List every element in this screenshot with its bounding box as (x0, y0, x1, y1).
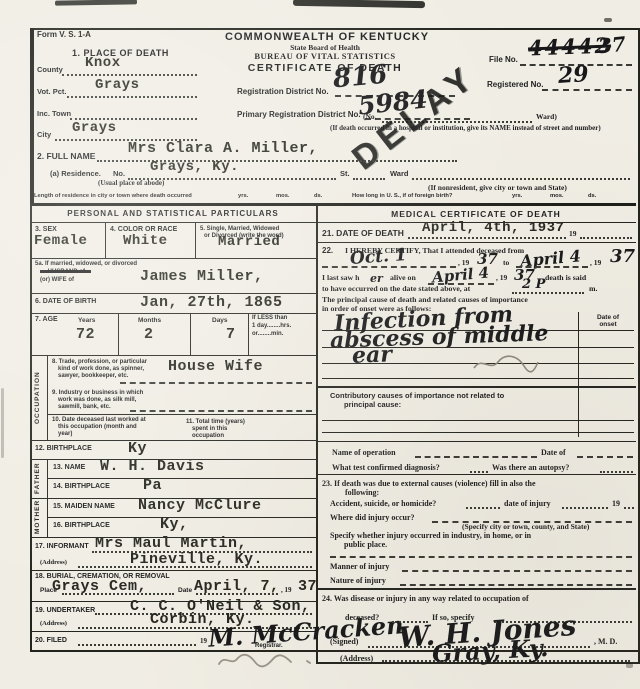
informant-label: 17. INFORMANT (35, 543, 89, 550)
last-saw-text-3: death is said (545, 273, 586, 282)
trade-label-2: kind of work done, as spinner, (58, 366, 144, 372)
abode-note: (Usual place of abode) (98, 179, 164, 187)
accident-line (466, 507, 500, 509)
operation-date-line (577, 456, 633, 458)
contrib-rule (322, 432, 634, 433)
dob-label: 6. DATE OF BIRTH (35, 298, 96, 305)
burial-pre19: , 19 (281, 586, 292, 594)
less-than-label-2: 1 day........hrs. (252, 323, 291, 329)
injury-date-label: date of injury (504, 499, 551, 508)
row-line (47, 478, 316, 479)
injury-date-line (562, 507, 608, 509)
heavy-rule (316, 588, 636, 590)
age-days-value: 7 (226, 326, 236, 343)
to-year-hw: 37 (610, 246, 635, 267)
filed-pre19: 19 (200, 637, 207, 645)
father-name-value: W. H. Davis (100, 458, 205, 475)
nature-label: Nature of injury (330, 576, 386, 585)
operation-line (415, 456, 537, 458)
occupation-vertical-label: OCCUPATION (34, 360, 41, 436)
medical-section-header: MEDICAL CERTIFICATE OF DEATH (316, 209, 636, 219)
row-line (316, 474, 636, 475)
industry-label-2: work was done, as silk mill, (58, 397, 136, 403)
test-line (470, 471, 488, 473)
ds-label: ds. (314, 193, 322, 199)
vot-pct-label: Vot. Pct. (37, 87, 66, 96)
row-line (30, 355, 316, 356)
certificate-title: CERTIFICATE OF DEATH (225, 62, 425, 74)
personal-section-header: PERSONAL AND STATISTICAL PARTICULARS (30, 209, 316, 218)
inc-town-label: Inc. Town (37, 109, 71, 118)
dod-pre19: 19 (569, 229, 577, 238)
address-label: (Address) (340, 654, 373, 663)
burial-date-label: Date (178, 587, 192, 594)
specify-label-2: public place. (344, 540, 387, 549)
county-line (62, 74, 197, 76)
item-22-number: 22. (322, 246, 333, 255)
industry-label-1: 9. Industry or business in which (52, 390, 143, 396)
to-word: to (503, 258, 509, 267)
industry-label-3: sawmill, bank, etc. (58, 404, 111, 410)
to-pre19: , 19 (590, 258, 601, 267)
corner-mark (626, 663, 633, 668)
city-label: City (37, 130, 51, 139)
mother-maiden-label: 15. MAIDEN NAME (53, 503, 115, 510)
faint-scribble (470, 352, 540, 376)
registered-no-line (542, 89, 632, 91)
nature-line (400, 584, 632, 586)
manner-line (402, 570, 632, 572)
mother-birthplace-label: 16. BIRTHPLACE (53, 522, 110, 529)
cause-bottom-rule (316, 386, 636, 388)
cause-rule (322, 378, 634, 379)
age-divider (190, 313, 191, 355)
dod-line2 (580, 237, 632, 239)
occupation-bar (47, 355, 48, 440)
less-than-label-1: If LESS than (252, 315, 287, 321)
date-of-onset-label-1: Date of (582, 314, 634, 321)
specify-label-1: Specify whether injury occurred in indus… (330, 531, 531, 540)
age-years-header: Years (78, 317, 95, 324)
commonwealth-title: COMMONWEALTH OF KENTUCKY (225, 31, 425, 43)
informant-value: Mrs Maul Martin, (95, 535, 247, 552)
vot-pct-line (67, 96, 197, 98)
accident-label: Accident, suicide, or homicide? (330, 499, 436, 508)
filed-line (78, 644, 196, 646)
dob-value: Jan, 27th, 1865 (140, 294, 283, 311)
marital-value: Married (218, 234, 280, 250)
blank-line (330, 556, 632, 558)
bureau-subtitle: BUREAU OF VITAL STATISTICS (225, 51, 425, 61)
residence-label: (a) Residence. (50, 169, 101, 178)
left-edge-bar (30, 28, 34, 206)
operation-label: Name of operation (332, 448, 396, 457)
item-23-label-1: 23. If death was due to external causes … (322, 479, 536, 488)
where-injury-label: Where did injury occur? (330, 513, 415, 522)
yrs2-label: yrs. (512, 193, 522, 199)
contrib-bottom-rule (316, 441, 636, 442)
mother-vertical-label: MOTHER (34, 500, 41, 534)
last-saw-pre19: , 19 (496, 273, 507, 282)
physician-address-hw: Gray, Ky. (431, 633, 549, 668)
date-of-death-label: 21. DATE OF DEATH (322, 228, 404, 238)
scan-streak (55, 0, 137, 6)
registered-no-value: 29 (557, 61, 589, 89)
last-worked-label-2: this occupation (month and (58, 424, 137, 430)
race-value: White (123, 233, 168, 249)
street-label: St. (340, 169, 350, 178)
trade-label-1: 8. Trade, profession, or particular (52, 359, 147, 365)
dod-line (408, 237, 566, 239)
ds2-label: ds. (588, 193, 596, 199)
cell-divider (195, 222, 196, 258)
age-years-value: 72 (76, 326, 95, 343)
manner-label: Manner of injury (330, 562, 389, 571)
md-label: , M. D. (594, 637, 617, 646)
last-saw-text-1: I last saw h (322, 273, 359, 282)
marital-label-1: 5. Single, Married, Widowed (200, 226, 279, 232)
street-line (353, 178, 385, 180)
full-name-label: 2. FULL NAME (37, 151, 95, 161)
date-of-onset-label-2: onset (582, 321, 634, 328)
form-number: Form V. S. 1-A (37, 30, 91, 39)
operation-date-label: Date of (541, 448, 566, 457)
at-line (512, 292, 584, 294)
spouse-label-3: (or) WIFE of (40, 277, 74, 283)
industry-line (130, 410, 312, 412)
last-worked-label-1: 10. Date deceased last worked at (52, 417, 146, 423)
item-23-label-2: following: (345, 488, 379, 497)
father-birthplace-label: 14. BIRTHPLACE (53, 483, 110, 490)
row-line (30, 313, 316, 314)
burial-year-value: 37 (298, 578, 317, 595)
informant-address-label: (Address) (40, 559, 67, 566)
pencil-mark (215, 650, 325, 672)
registered-no-label: Registered No. (487, 80, 543, 89)
sex-value: Female (34, 233, 87, 249)
test-question: What test confirmed diagnosis? (332, 463, 440, 472)
item-24-label-2: deceased? (345, 613, 379, 622)
undertaker-label: 19. UNDERTAKER (35, 607, 95, 614)
trade-line (120, 382, 312, 384)
scan-streak (293, 0, 425, 8)
occupation-value: House Wife (168, 358, 263, 375)
file-no-written-value: 37 (597, 32, 627, 59)
time-of-death-hw: 2 P (522, 277, 545, 292)
informant-address-line (78, 566, 312, 568)
age-divider (248, 313, 249, 355)
section-divider (30, 203, 636, 206)
father-vertical-label: FATHER (34, 461, 41, 495)
birthplace-value: Ky (128, 440, 147, 457)
ward-open-note: (No. (363, 112, 377, 121)
row-line (30, 258, 316, 259)
undertaker-address-label: (Address) (40, 620, 67, 627)
cell-divider (105, 222, 106, 258)
file-no-label: File No. (489, 55, 518, 64)
residence-value: Grays, Ky. (150, 159, 239, 175)
mos-label: mos. (276, 193, 290, 199)
contributory-label-2: principal cause: (344, 400, 401, 409)
contributory-label-1: Contributory causes of importance not re… (330, 391, 504, 400)
m-label: m. (589, 284, 597, 293)
cause-of-death-hw-3: ear (352, 341, 393, 368)
mos2-label: mos. (550, 193, 564, 199)
autopsy-question: Was there an autopsy? (492, 463, 569, 472)
last-saw-text-2: alive on (390, 273, 416, 282)
city-value: Grays (72, 120, 117, 136)
contrib-rule (322, 420, 634, 421)
yrs-label: yrs. (238, 193, 248, 199)
autopsy-line (600, 471, 633, 473)
age-months-header: Months (138, 317, 161, 324)
last-worked-label-3: year) (58, 431, 72, 437)
mother-maiden-value: Nancy McClure (138, 497, 262, 514)
total-time-label-3: occupation (192, 433, 224, 439)
birthplace-label: 12. BIRTHPLACE (35, 445, 92, 452)
primary-district-label: Primary Registration District No. (237, 110, 361, 119)
county-value: Knox (85, 55, 121, 71)
occurred-text: to have occurred on the date stated abov… (322, 284, 470, 293)
residence-no-label: No. (113, 169, 125, 178)
burial-place-line (62, 593, 174, 595)
row-line (316, 242, 636, 243)
ward2-line (412, 178, 630, 180)
date-of-death-value: April, 4th, 1937 (422, 220, 564, 236)
age-divider (118, 313, 119, 355)
age-label: 7. AGE (35, 316, 58, 323)
father-name-label: 13. NAME (53, 464, 85, 471)
mother-birthplace-value: Ky, (160, 516, 189, 533)
row-line (30, 440, 316, 441)
scan-dot (604, 18, 612, 22)
injury-year-line (624, 507, 634, 509)
length-note: Length of residence in city or town wher… (34, 193, 192, 199)
father-birthplace-value: Pa (143, 477, 162, 494)
ward2-label: Ward (390, 169, 408, 178)
total-time-label-1: 11. Total time (years) (186, 419, 245, 425)
reg-district-label: Registration District No. (237, 87, 329, 96)
filed-label: 20. FILED (35, 637, 67, 644)
specify-city-note: (Specify city or town, county, and State… (462, 522, 589, 531)
registrar-label: Registrar. (255, 643, 283, 649)
injury-pre19: 19 (612, 499, 620, 508)
nonresident-note: (If nonresident, give city or town and S… (428, 183, 567, 192)
county-label: County (37, 65, 63, 74)
signed-label: (Signed) (330, 637, 358, 646)
us-length-note: How long in U. S., if of foreign birth? (352, 193, 452, 199)
less-than-label-3: or........min. (252, 331, 283, 337)
ward-close-note: Ward) (536, 112, 557, 121)
row-line (47, 414, 316, 415)
death-certificate-scan: Form V. S. 1-A COMMONWEALTH OF KENTUCKY … (0, 0, 640, 689)
spouse-label-2: — HUSBAND of— (40, 269, 91, 275)
item-24-label-1: 24. Was disease or injury in any way rel… (322, 594, 529, 603)
age-months-value: 2 (144, 326, 154, 343)
trade-label-3: sawyer, bookkeeper, etc. (58, 373, 128, 379)
race-label: 4. COLOR OR RACE (110, 226, 177, 233)
spouse-label-1: 5a. If married, widowed, or divorced (35, 261, 137, 267)
margin-artifact (1, 388, 4, 458)
row-line (30, 570, 316, 571)
full-name-value: Mrs Clara A. Miller, (128, 140, 318, 157)
vot-pct-value: Grays (95, 77, 140, 93)
total-time-label-2: spent in this (192, 426, 227, 432)
age-days-header: Days (212, 317, 228, 324)
spouse-value: James Miller, (140, 268, 264, 285)
sex-label: 3. SEX (35, 226, 57, 233)
burial-date-line (196, 593, 278, 595)
